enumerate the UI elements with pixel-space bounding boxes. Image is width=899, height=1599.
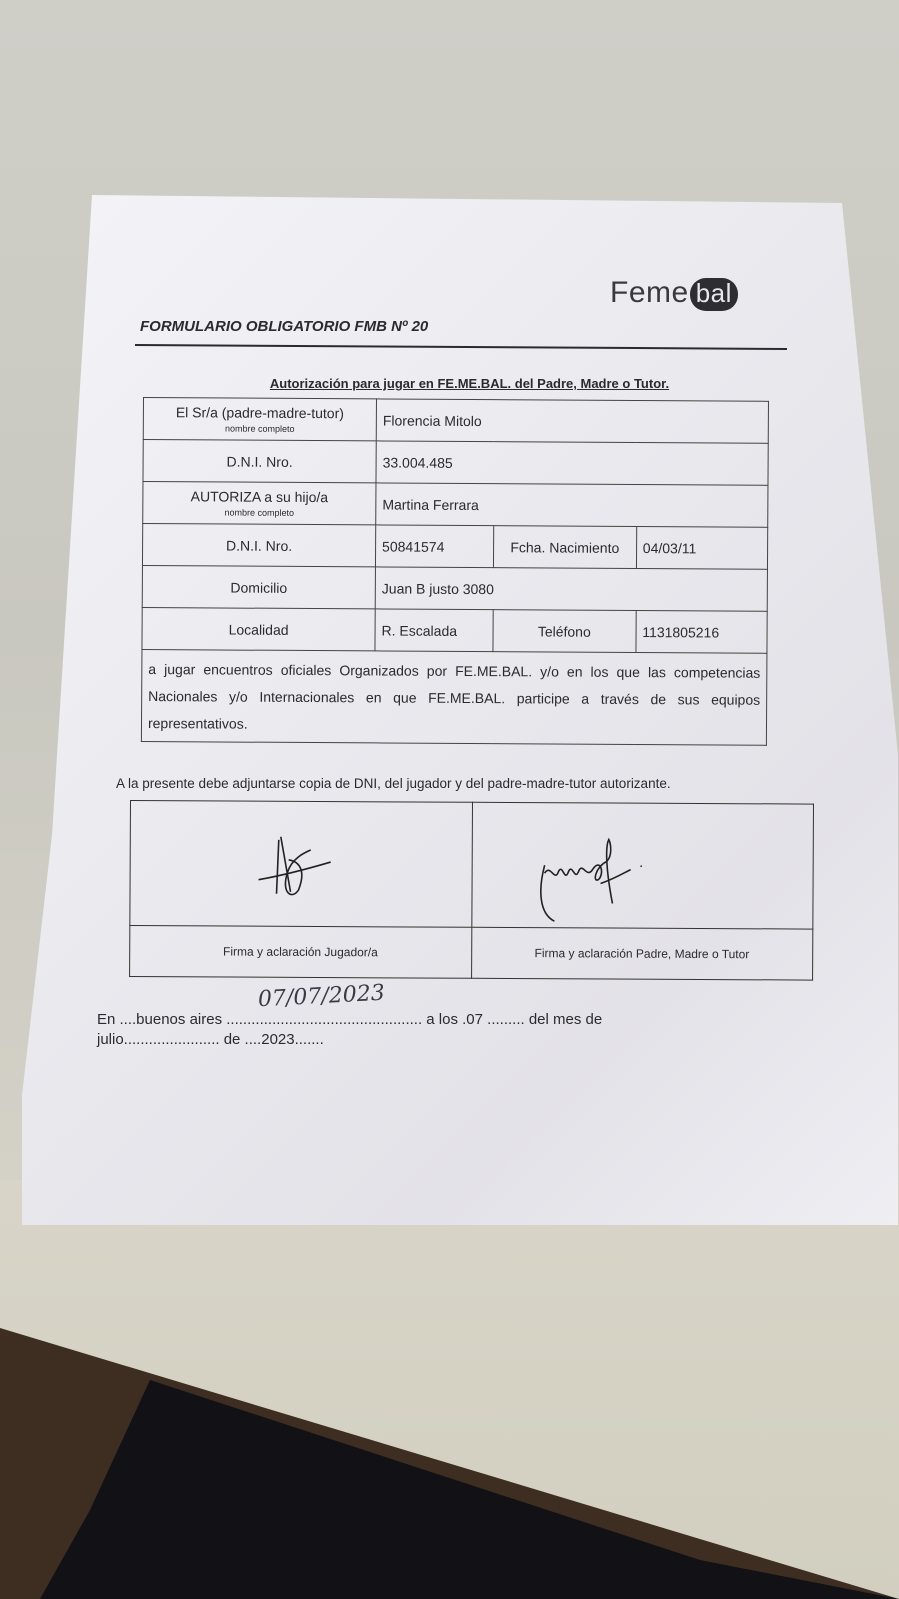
form-subtitle: Autorización para jugar en FE.ME.BAL. de…	[0, 376, 899, 391]
table-row: a jugar encuentros oficiales Organizados…	[141, 649, 767, 745]
child-name-field[interactable]: Martina Ferrara	[376, 483, 768, 527]
locality-label: Localidad	[142, 607, 375, 650]
table-row: El Sr/a (padre-madre-tutor)nombre comple…	[143, 398, 768, 444]
table-row: D.N.I. Nro. 33.004.485	[143, 440, 768, 486]
place-date-line: En ....buenos aires ....................…	[97, 1010, 602, 1050]
form-code: FORMULARIO OBLIGATORIO FMB Nº 20	[140, 318, 428, 335]
table-row: Domicilio Juan B justo 3080	[142, 565, 767, 611]
address-field[interactable]: Juan B justo 3080	[375, 567, 767, 611]
place-line-1: En ....buenos aires ....................…	[97, 1010, 602, 1030]
handwritten-date: 07/07/2023	[257, 981, 385, 1013]
guardian-name-field[interactable]: Florencia Mitolo	[376, 399, 768, 443]
logo-text: Feme	[610, 276, 689, 309]
player-signature	[130, 801, 473, 925]
phone-label: Teléfono	[493, 610, 636, 653]
address-label: Domicilio	[142, 565, 375, 608]
header-divider	[135, 344, 787, 350]
child-label: AUTORIZA a su hijo/anombre completo	[143, 482, 376, 525]
table-row: AUTORIZA a su hijo/anombre completo Mart…	[143, 482, 768, 528]
authorization-table: El Sr/a (padre-madre-tutor)nombre comple…	[141, 397, 769, 746]
guardian-signature-box[interactable]	[471, 802, 813, 929]
guardian-label: El Sr/a (padre-madre-tutor)nombre comple…	[143, 398, 376, 441]
place-line-2: julio....................... de ....2023…	[97, 1030, 602, 1050]
guardian-signature-caption: Firma y aclaración Padre, Madre o Tutor	[471, 927, 813, 980]
femebal-logo: Femebal	[610, 276, 738, 311]
player-signature-box[interactable]	[130, 801, 472, 928]
guardian-dni-label: D.N.I. Nro.	[143, 440, 376, 483]
authorization-text: a jugar encuentros oficiales Organizados…	[141, 649, 767, 745]
birth-date-field[interactable]: 04/03/11	[636, 527, 768, 570]
table-row: D.N.I. Nro. 50841574 Fcha. Nacimiento 04…	[142, 524, 767, 570]
form-document: Femebal FORMULARIO OBLIGATORIO FMB Nº 20…	[0, 0, 899, 1599]
signature-table: Firma y aclaración Jugador/a Firma y acl…	[129, 800, 814, 981]
table-row: Localidad R. Escalada Teléfono 113180521…	[142, 607, 767, 653]
phone-field[interactable]: 1131805216	[636, 611, 768, 654]
guardian-dni-field[interactable]: 33.004.485	[376, 441, 768, 485]
guardian-signature	[472, 803, 815, 927]
child-dni-field[interactable]: 50841574	[375, 525, 493, 568]
player-signature-caption: Firma y aclaración Jugador/a	[130, 926, 472, 979]
birth-date-label: Fcha. Nacimiento	[493, 526, 636, 569]
attachment-note: A la presente debe adjuntarse copia de D…	[116, 776, 671, 791]
logo-badge: bal	[690, 278, 738, 311]
locality-field[interactable]: R. Escalada	[375, 609, 493, 652]
child-dni-label: D.N.I. Nro.	[142, 524, 375, 567]
